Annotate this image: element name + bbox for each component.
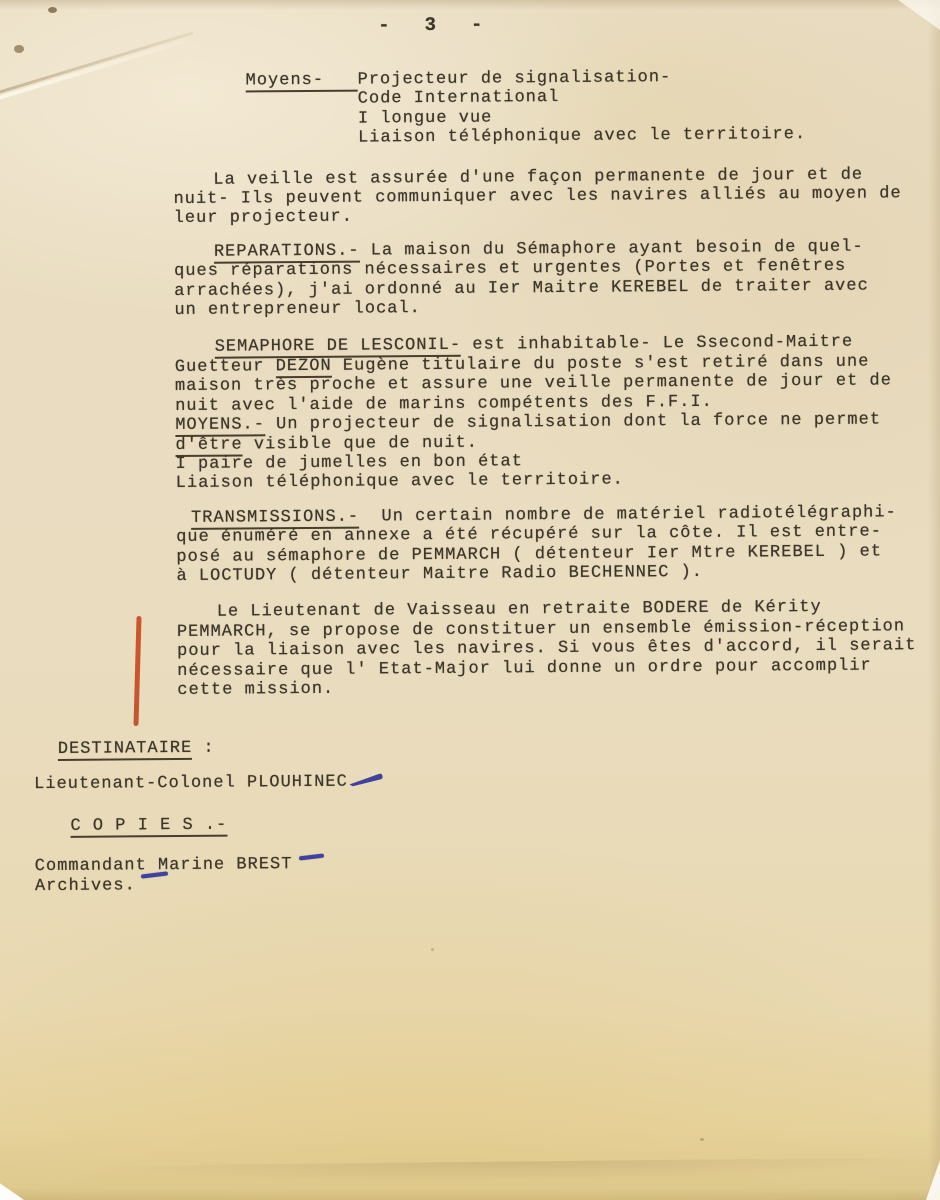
- destinataire-label: DESTINATAIRE: [58, 739, 193, 761]
- page-number-value: 3: [425, 16, 438, 36]
- page-number-dash: -: [471, 16, 484, 36]
- paragraph-reparations: REPARATIONS.- La maison du Sémaphore aya…: [174, 237, 920, 320]
- document-body: Moyens- Projecteur de signalisation- Cod…: [173, 66, 923, 700]
- destinataire-block: DESTINATAIRE :: [58, 739, 215, 760]
- copies-label: C O P I E S .-: [70, 816, 227, 837]
- destinataire-value: Lieutenant-Colonel PLOUHINEC: [34, 773, 348, 795]
- copies-item: Archives.: [35, 876, 136, 896]
- text-line-part: visible que de nuit.: [243, 433, 478, 454]
- page-number-dash: -: [378, 16, 391, 36]
- equipment-list: Projecteur de signalisation- Code Intern…: [358, 67, 807, 148]
- equipment-list-block: Moyens- Projecteur de signalisation- Cod…: [173, 66, 919, 149]
- copies-item: Commandant Marine BREST: [35, 855, 293, 876]
- typewritten-text-layer: - 3 - Moyens- Projecteur de signalisatio…: [0, 0, 940, 1200]
- equipment-list-label: Moyens-: [246, 71, 358, 93]
- paragraph-transmissions: TRANSMISSIONS.- Un certain nombre de mat…: [176, 503, 922, 586]
- text-line-part: Guetteur: [175, 357, 276, 377]
- text-line: leur projecteur.: [174, 204, 919, 229]
- destinataire-colon: :: [192, 739, 215, 758]
- paragraph-veille: La veille est assurée d'une façon perman…: [173, 165, 918, 229]
- text-line: Liaison téléphonique avec le territoire.: [176, 468, 921, 493]
- paragraph-semaphore-lesconil: SEMAPHORE DE LESCONIL- est inhabitable- …: [175, 333, 921, 494]
- page-number: - 3 -: [378, 16, 483, 36]
- text-line-rest: est inhabitable- Le Ssecond-Maitre: [461, 333, 853, 355]
- copies-label-text: C O P I E S .-: [70, 816, 227, 838]
- paragraph-bodere: Le Lieutenant de Vaisseau en retraite BO…: [177, 598, 923, 701]
- underlined-word: d'être: [175, 435, 242, 457]
- equipment-item: Liaison téléphonique avec le territoire.: [358, 125, 806, 148]
- section-heading-moyens: MOYENS.-: [175, 415, 265, 437]
